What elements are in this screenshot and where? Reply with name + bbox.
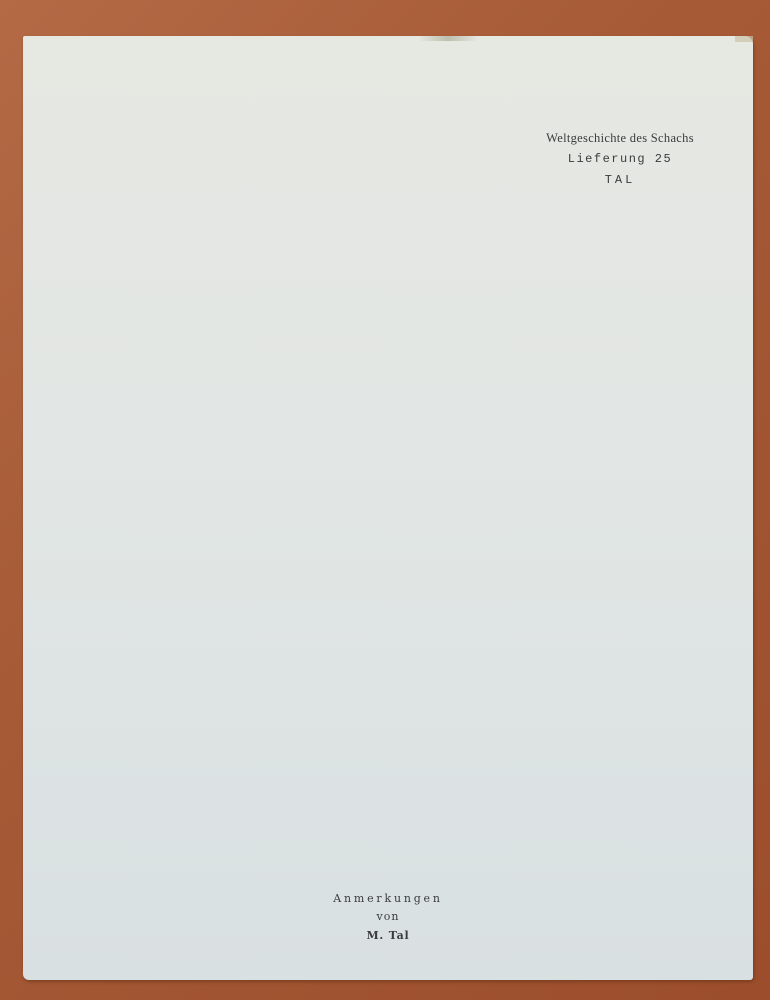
issue-number: Lieferung 25 bbox=[520, 149, 720, 170]
paper-corner-wear bbox=[735, 36, 753, 42]
annotations-label: Anmerkungen bbox=[288, 890, 488, 908]
cover-header: Weltgeschichte des Schachs Lieferung 25 … bbox=[520, 128, 720, 191]
subject-name: TAL bbox=[520, 170, 720, 191]
document-cover-page: Weltgeschichte des Schachs Lieferung 25 … bbox=[23, 36, 753, 980]
series-title: Weltgeschichte des Schachs bbox=[520, 128, 720, 149]
cover-footer: Anmerkungen von M. Tal bbox=[288, 890, 488, 946]
paper-fold-mark bbox=[418, 36, 478, 41]
author-name: M. Tal bbox=[288, 926, 488, 946]
by-label: von bbox=[288, 908, 488, 926]
